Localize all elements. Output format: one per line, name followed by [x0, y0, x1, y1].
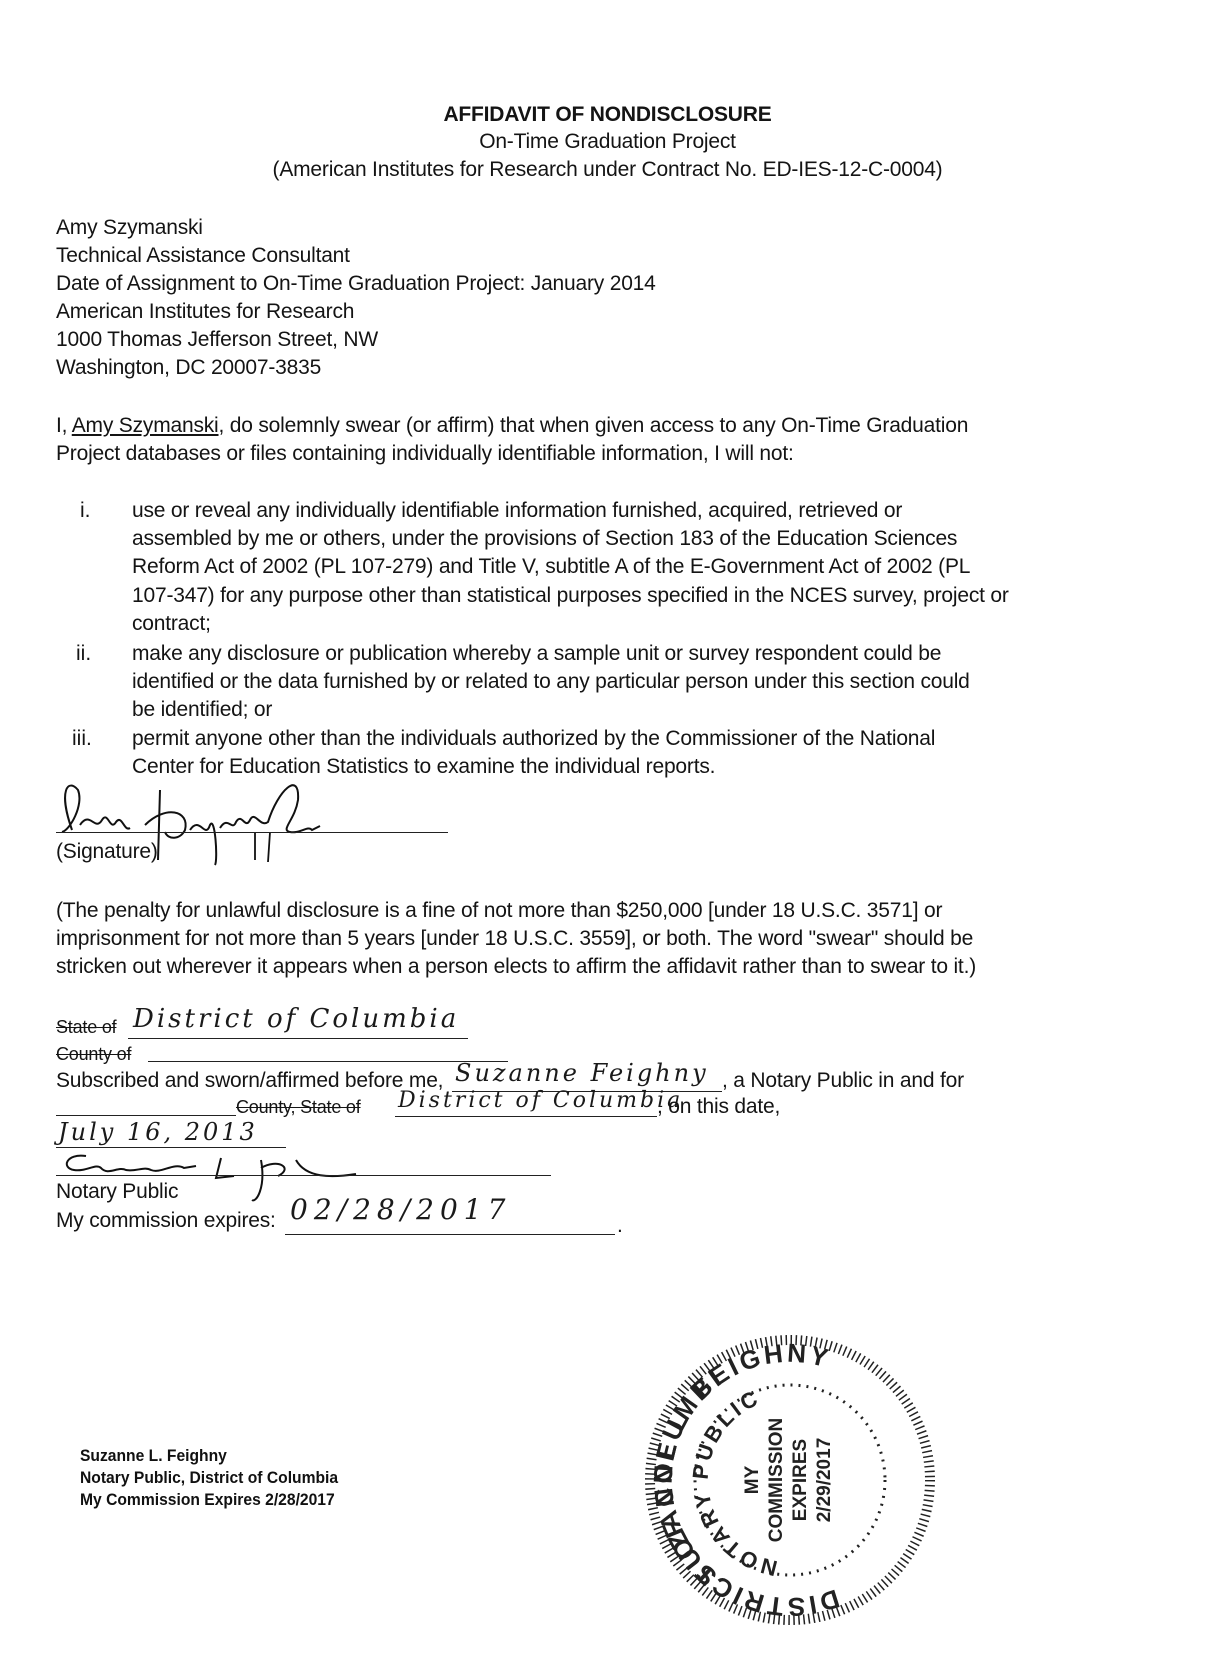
penalty-line: (The penalty for unlawful disclosure is … [56, 897, 942, 925]
contract-line: (American Institutes for Research under … [0, 156, 1215, 184]
commission-label: My commission expires: [56, 1207, 276, 1235]
item-2-line: be identified; or [132, 696, 272, 724]
subscribed-suffix: , a Notary Public in and for [722, 1067, 964, 1095]
item-3-line: permit anyone other than the individuals… [132, 725, 935, 753]
state-of-line [128, 1038, 468, 1039]
item-1-line: Reform Act of 2002 (PL 107-279) and Titl… [132, 553, 970, 581]
item-2-line: identified or the data furnished by or r… [132, 668, 970, 696]
item-numeral-3: iii. [72, 725, 92, 753]
notary-seal: SUZANNE L. FEIGHNY DISTRICT OF COLUMBIA … [640, 1330, 940, 1630]
county-state-value: District of Columbia [398, 1087, 683, 1115]
affiant-position: Technical Assistance Consultant [56, 242, 350, 270]
city-address: Washington, DC 20007-3835 [56, 354, 321, 382]
commission-line [285, 1234, 615, 1235]
county-blank-line [56, 1115, 236, 1116]
notary-name-handwritten: Suzanne Feighny [455, 1059, 709, 1087]
project-name: On-Time Graduation Project [0, 128, 1215, 156]
signature-label: (Signature) [56, 838, 158, 866]
county-state-line [395, 1116, 657, 1117]
item-2-line: make any disclosure or publication where… [132, 640, 941, 668]
subscribed-prefix: Subscribed and sworn/affirmed before me, [56, 1067, 443, 1095]
stamp-notary-expires: My Commission Expires 2/28/2017 [80, 1489, 335, 1511]
affidavit-page: AFFIDAVIT OF NONDISCLOSURE On-Time Gradu… [0, 0, 1215, 1666]
commission-period: . [617, 1212, 623, 1240]
stamp-notary-title: Notary Public, District of Columbia [80, 1467, 338, 1489]
notarized-date: July 16, 2013 [58, 1118, 258, 1146]
item-1-line: 107-347) for any purpose other than stat… [132, 582, 1009, 610]
oath-line-2: Project databases or files containing in… [56, 440, 794, 468]
state-of-value: District of Columbia [133, 1005, 459, 1033]
item-1-line: contract; [132, 610, 211, 638]
stamp-notary-name: Suzanne L. Feighny [80, 1445, 227, 1467]
oath-affiant-name: Amy Szymanski [72, 414, 219, 437]
item-1-line: assembled by me or others, under the pro… [132, 525, 957, 553]
item-1-line: use or reveal any individually identifia… [132, 497, 902, 525]
seal-center-line: 2/29/2017 [814, 1438, 835, 1523]
item-numeral-1: i. [80, 497, 91, 525]
document-title: AFFIDAVIT OF NONDISCLOSURE [0, 101, 1215, 129]
seal-center-line: EXPIRES [790, 1439, 811, 1521]
street-address: 1000 Thomas Jefferson Street, NW [56, 326, 378, 354]
oath-prefix: I, [56, 414, 72, 437]
on-this-date: , on this date, [657, 1093, 780, 1121]
oath-text: , do solemnly swear (or affirm) that whe… [219, 414, 969, 437]
penalty-line: stricken out wherever it appears when a … [56, 953, 976, 981]
notary-public-label: Notary Public [56, 1178, 178, 1206]
penalty-line: imprisonment for not more than 5 years [… [56, 925, 973, 953]
seal-center-line: MY [742, 1465, 763, 1494]
county-of-line [148, 1061, 508, 1062]
signature-line [56, 832, 448, 833]
seal-center-line: COMMISSION [766, 1418, 787, 1543]
commission-value: 02/28/2017 [290, 1196, 511, 1224]
notary-signature-line [56, 1175, 551, 1176]
organization: American Institutes for Research [56, 298, 354, 326]
oath-line-1: I, Amy Szymanski, do solemnly swear (or … [56, 412, 968, 440]
affiant-name: Amy Szymanski [56, 214, 203, 242]
state-of-label: State of [56, 1013, 116, 1041]
county-of-label: County of [56, 1040, 131, 1068]
item-numeral-2: ii. [76, 640, 91, 668]
county-state-label: County, State of [236, 1093, 361, 1121]
assignment-date: Date of Assignment to On-Time Graduation… [56, 270, 656, 298]
